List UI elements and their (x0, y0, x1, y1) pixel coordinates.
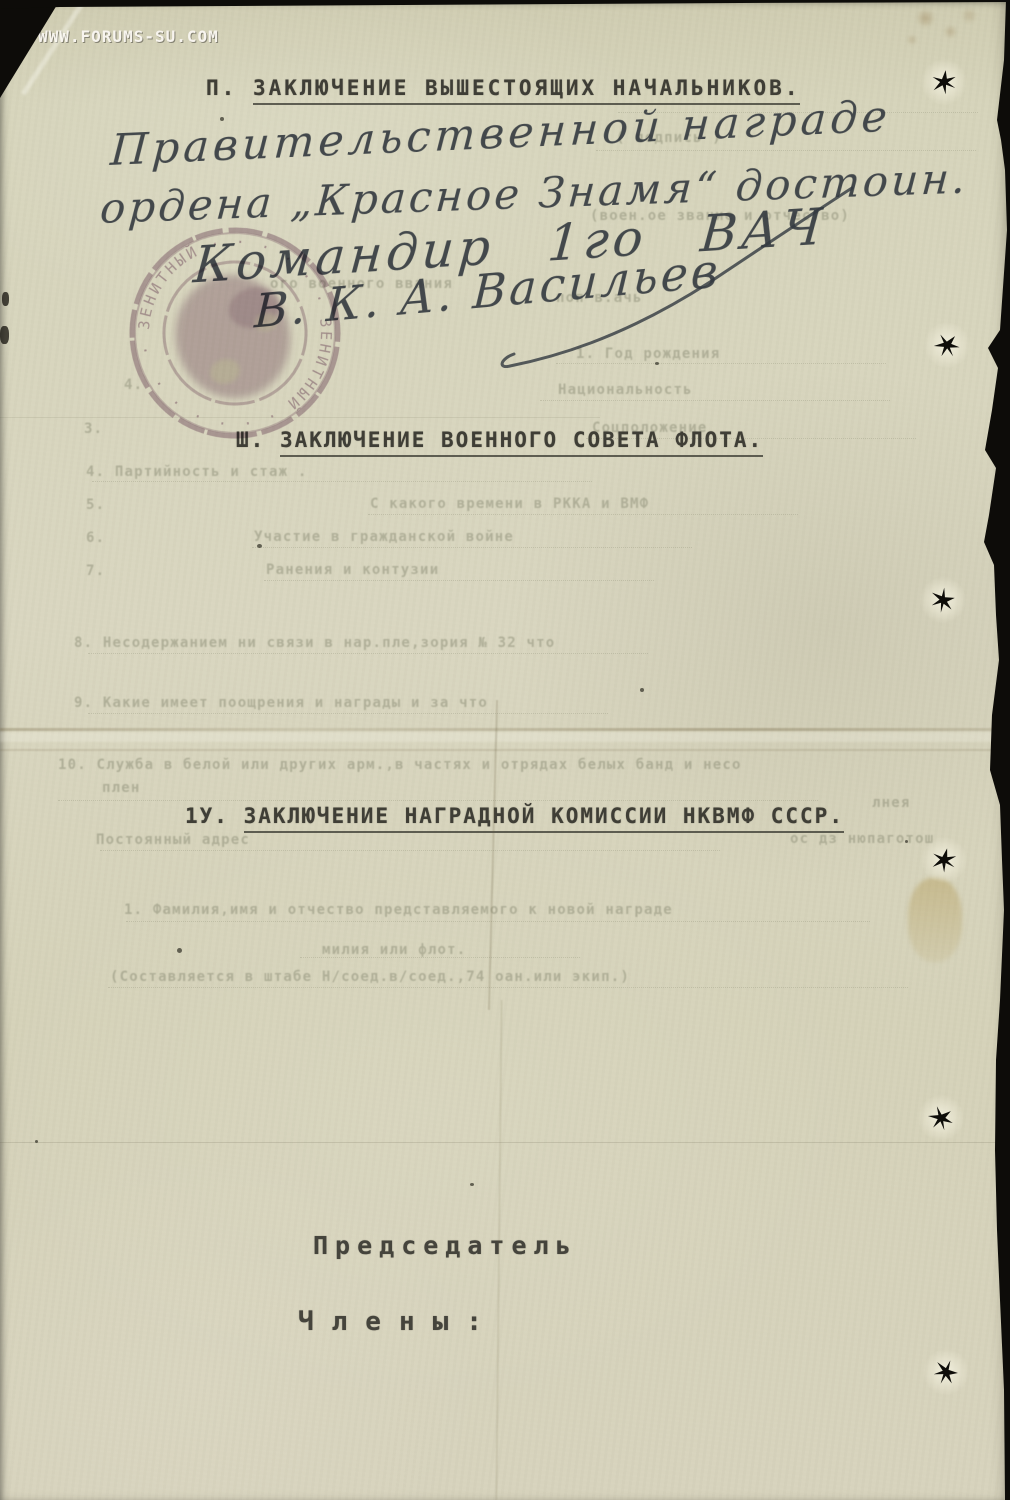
ink-speck (177, 948, 182, 953)
section-ii-heading: П. ЗАКЛЮЧЕНИЕ ВЫШЕСТОЯЩИХ НАЧАЛЬНИКОВ. (206, 76, 800, 100)
ghost-rule (92, 481, 592, 482)
vertical-fold-crease (488, 700, 498, 1010)
bleedthrough-text: 9. Какие имеет поощрения и награды и за … (74, 695, 488, 711)
bleedthrough-text: 7. (86, 563, 105, 579)
section-ii-number: П. (206, 76, 237, 100)
paper-hole (921, 59, 967, 105)
ink-speck (655, 362, 659, 365)
bleedthrough-text: 8. Несодержанием ни связи в нар.пле,зори… (74, 635, 555, 651)
bleedthrough-text: Постоянный адрес (96, 832, 250, 848)
section-iv-title: ЗАКЛЮЧЕНИЕ НАГРАДНОЙ КОМИССИИ НКВМФ СССР… (244, 804, 844, 833)
signature-flourish (470, 170, 890, 390)
horizontal-fold-crease-2 (0, 749, 1010, 751)
bleedthrough-text: 4. Партийность и стаж . (86, 464, 307, 480)
stain-below-hole (908, 878, 962, 962)
members-label: Члены: (298, 1307, 500, 1337)
scanned-document: WWW.FORUMS-SU.COM ( подпись )(воен.ое зв… (0, 0, 1010, 1500)
stain-top-right (886, 2, 990, 56)
paper-hole (918, 1095, 964, 1141)
ghost-rule (108, 987, 908, 988)
paper-sheet: WWW.FORUMS-SU.COM ( подпись )(воен.ое зв… (0, 0, 1010, 1500)
paper-hole (920, 577, 966, 623)
ink-speck (640, 688, 644, 692)
ghost-rule (540, 400, 890, 401)
bleedthrough-text: милия или флот. (322, 942, 466, 958)
bleedthrough-text: 3. (84, 421, 103, 437)
section-iv-heading: 1У. ЗАКЛЮЧЕНИЕ НАГРАДНОЙ КОМИССИИ НКВМФ … (185, 804, 844, 828)
section-iii-heading: Ш. ЗАКЛЮЧЕНИЕ ВОЕННОГО СОВЕТА ФЛОТА. (236, 428, 763, 452)
watermark: WWW.FORUMS-SU.COM (38, 27, 219, 46)
bleedthrough-text: 10. Служба в белой или других арм.,в час… (58, 757, 742, 773)
ghost-rule (126, 921, 870, 922)
bleedthrough-text: Ранения и контузии (266, 562, 439, 578)
bleedthrough-text: ос дз нюпаготош (790, 831, 934, 847)
bleedthrough-text: 1. Фамилия,имя и отчество представляемог… (124, 902, 673, 918)
section-iii-title: ЗАКЛЮЧЕНИЕ ВОЕННОГО СОВЕТА ФЛОТА. (280, 428, 763, 457)
paper-hole (924, 322, 970, 368)
bleedthrough-text: плен (102, 780, 141, 796)
faint-crease-line (0, 1142, 1010, 1143)
ghost-rule (264, 580, 654, 581)
horizontal-fold-crease (0, 728, 1010, 731)
paper-hole (923, 1349, 969, 1395)
edge-mark (0, 326, 9, 344)
ink-speck (220, 117, 224, 121)
ghost-rule (368, 514, 798, 515)
ink-speck (905, 840, 908, 843)
bleedthrough-text: 5. (86, 497, 105, 513)
ghost-rule (58, 800, 818, 801)
edge-mark (2, 292, 9, 306)
ink-speck (35, 1140, 38, 1143)
bleedthrough-text: С какого времени в РККА и ВМФ (370, 496, 649, 512)
ghost-rule (88, 653, 648, 654)
ink-speck (257, 544, 262, 548)
ink-speck (470, 1183, 474, 1186)
ghost-rule (100, 850, 720, 851)
bleedthrough-text: 6. (86, 530, 105, 546)
section-iv-number: 1У. (185, 804, 229, 828)
bleedthrough-text: лнея (872, 795, 911, 811)
chairman-label: Председатель (313, 1231, 578, 1260)
bleedthrough-text: (Составляется в штабе Н/соед.в/соед.,74 … (110, 969, 630, 985)
ghost-rule (88, 713, 608, 714)
bleedthrough-text: Участие в гражданской войне (254, 529, 514, 545)
ghost-rule (300, 957, 580, 958)
horizontal-fold-highlight (0, 732, 1010, 742)
ghost-rule (252, 547, 692, 548)
